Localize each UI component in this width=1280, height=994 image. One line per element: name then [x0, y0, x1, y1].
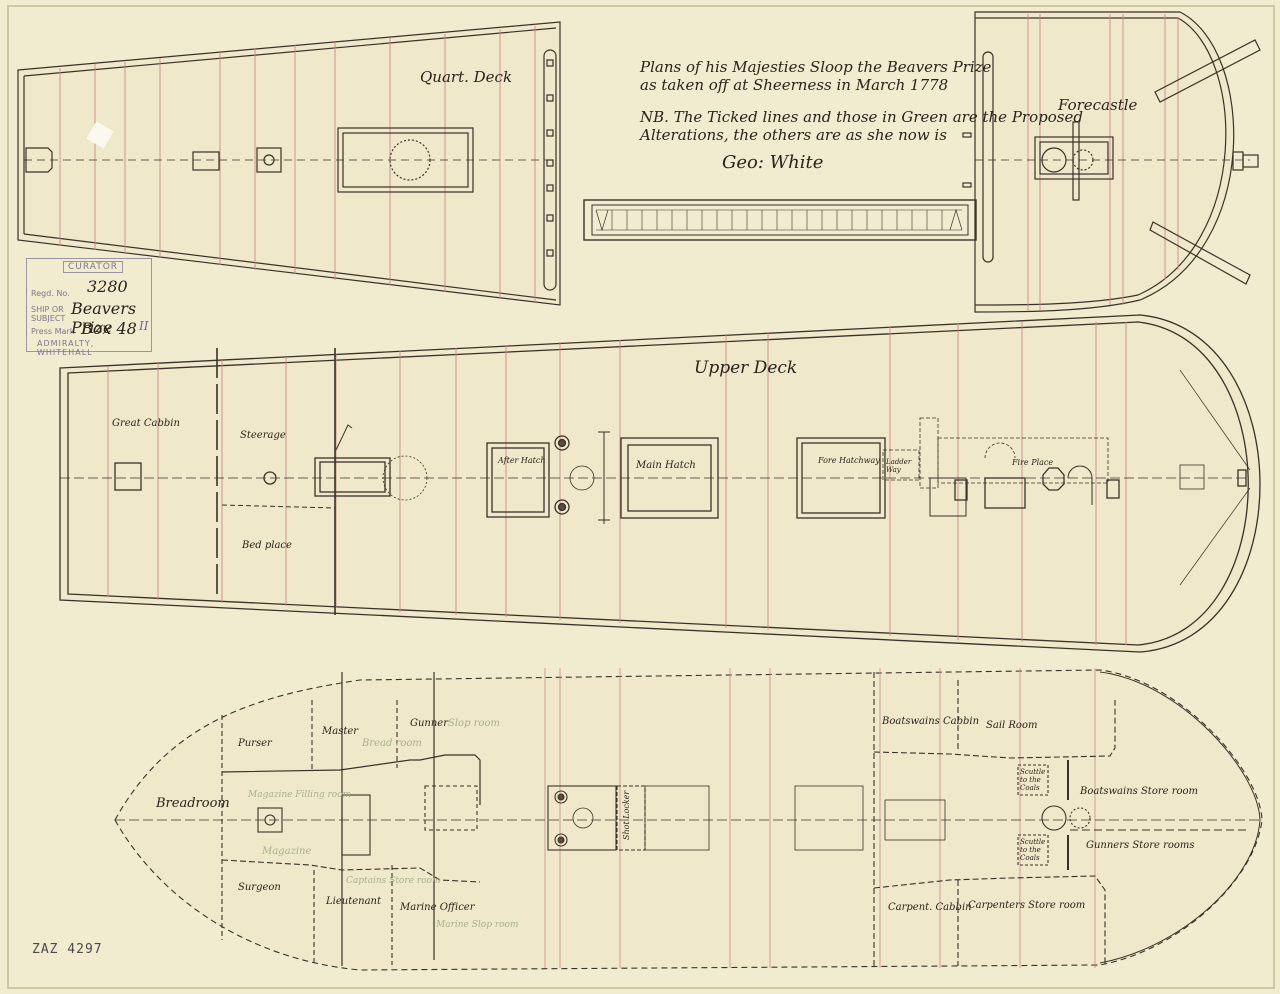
- label-lieutenant: Lieutenant: [326, 896, 381, 907]
- label-master: Master: [322, 726, 358, 737]
- label-green-slop-room: Slop room: [448, 718, 500, 729]
- label-main-hatch: Main Hatch: [636, 460, 696, 471]
- forecastle-label: Forecastle: [1058, 96, 1137, 114]
- quarter-deck-label: Quart. Deck: [420, 68, 512, 86]
- stamp-ship-label: SHIP OR SUBJECT: [31, 305, 67, 323]
- label-boatswains-store-room: Boatswains Store room: [1080, 786, 1198, 797]
- title-line-1: Plans of his Majesties Sloop the Beavers…: [640, 58, 980, 76]
- stamp-press-mark-suffix: II: [139, 319, 148, 333]
- stamp-header: CURATOR: [63, 261, 123, 273]
- stamp-footer: ADMIRALTY, WHITEHALL: [37, 339, 151, 357]
- lower-deck-plan: [115, 668, 1262, 970]
- stamp-reg-value: 3280: [87, 277, 128, 296]
- stamp-press-mark-label: Press Mark: [31, 327, 74, 336]
- catalogue-number: ZAZ 4297: [32, 942, 103, 957]
- label-boatswains-cabin: Boatswains Cabbin: [882, 716, 979, 727]
- upper-deck-label: Upper Deck: [694, 358, 797, 378]
- title-block: Plans of his Majesties Sloop the Beavers…: [640, 58, 980, 172]
- label-gunners-store-rooms: Gunners Store rooms: [1086, 840, 1195, 851]
- label-scuttle-coals-2: Scuttle to the Coals: [1020, 838, 1048, 862]
- label-surgeon: Surgeon: [238, 882, 281, 893]
- label-sail-room: Sail Room: [986, 720, 1037, 731]
- label-green-marine-slop-room: Marine Slop room: [436, 920, 519, 930]
- label-ladder-way: Ladder Way: [886, 458, 916, 474]
- label-green-bread-room: Bread room: [362, 738, 422, 749]
- signature: Geo: White: [722, 154, 980, 172]
- curator-stamp: CURATOR Regd. No. 3280 SHIP OR SUBJECT B…: [26, 258, 152, 352]
- label-purser: Purser: [238, 738, 272, 749]
- scale-bar: [584, 200, 976, 240]
- stamp-reg-label: Regd. No.: [31, 289, 70, 298]
- label-scuttle-coals-1: Scuttle to the Coals: [1020, 768, 1048, 792]
- label-marine-officer: Marine Officer: [400, 902, 475, 913]
- label-green-captains-store-room: Captains Store room: [346, 876, 441, 886]
- title-line-2: as taken off at Sheerness in March 1778: [640, 76, 980, 94]
- label-breadroom: Breadroom: [156, 796, 230, 811]
- label-great-cabin: Great Cabbin: [112, 418, 180, 429]
- forecastle-plan: [963, 12, 1260, 312]
- label-fore-hatchway: Fore Hatchway: [818, 456, 880, 465]
- note-line-1: NB. The Ticked lines and those in Green …: [640, 108, 980, 126]
- upper-deck-plan: [60, 315, 1260, 652]
- label-green-magazine: Magazine: [262, 846, 311, 857]
- label-fire-place: Fire Place: [1012, 458, 1053, 467]
- label-shot-locker: Shot Locker: [622, 791, 631, 840]
- stamp-press-mark-value: Box 48: [81, 319, 137, 338]
- label-carpenters-store-room: Carpenters Store room: [968, 900, 1085, 911]
- label-carpenters-cabin: Carpent. Cabbin: [888, 902, 972, 913]
- label-gunner: Gunner: [410, 718, 448, 729]
- label-bed-place: Bed place: [242, 540, 292, 551]
- label-steerage: Steerage: [240, 430, 286, 441]
- note-line-2: Alterations, the others are as she now i…: [640, 126, 980, 144]
- label-green-magazine-filling-room: Magazine Filling room: [248, 790, 351, 800]
- label-after-hatch: After Hatch: [498, 456, 546, 465]
- ship-plan-sheet: Plans of his Majesties Sloop the Beavers…: [0, 0, 1280, 994]
